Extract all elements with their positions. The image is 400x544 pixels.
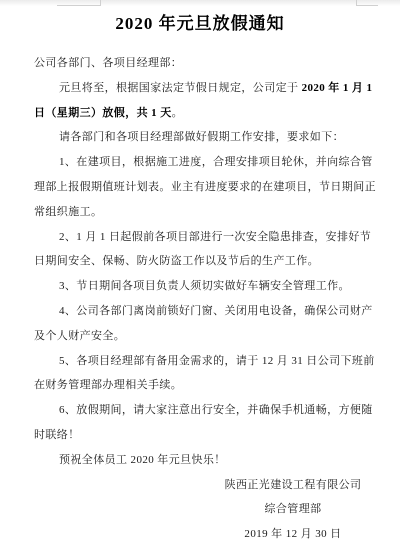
salutation: 公司各部门、各项目经理部： <box>34 51 366 76</box>
intro-line-2-tail: 。 <box>172 107 183 119</box>
item-1-line-2: 理部上报假期值班计划表。业主有进度要求的在建项目，节日期间正 <box>34 175 366 200</box>
item-6-line-1: 6、放假期间，请大家注意出行安全，并确保手机通畅，方便随 <box>34 398 366 423</box>
intro-line-1-bold: 2020 年 1 月 1 <box>302 82 373 94</box>
item-5-line-1: 5、各项目经理部有备用金需求的，请于 12 月 31 日公司下班前 <box>34 349 366 374</box>
signature-date: 2019 年 12 月 30 日 <box>213 522 373 544</box>
item-2-line-2: 日期间安全、保畅、防火防盗工作以及节后的生产工作。 <box>34 249 366 274</box>
signature-company: 陕西正光建设工程有限公司 <box>213 473 373 498</box>
intro-line-1: 元旦将至，根据国家法定节假日规定，公司定于 2020 年 1 月 1 <box>34 76 366 101</box>
intro-line-2: 日（星期三）放假，共 1 天。 <box>34 101 366 126</box>
signature-department: 综合管理部 <box>213 497 373 522</box>
notice-title: 2020 年元旦放假通知 <box>34 10 366 38</box>
item-1-line-1: 1、在建项目，根据施工进度，合理安排项目轮休，并向综合管 <box>34 150 366 175</box>
item-4-line-1: 4、公司各部门离岗前锁好门窗、关闭用电设备，确保公司财产 <box>34 299 366 324</box>
item-1-line-3: 常组织施工。 <box>34 200 366 225</box>
item-4-line-2: 及个人财产安全。 <box>34 324 366 349</box>
signature-block: 陕西正光建设工程有限公司 综合管理部 2019 年 12 月 30 日 <box>213 473 373 544</box>
intro-line-2-bold: 日（星期三）放假，共 1 天 <box>34 107 172 119</box>
intro-line-1-normal: 元旦将至，根据国家法定节假日规定，公司定于 <box>59 82 302 94</box>
notice-body: 2020 年元旦放假通知 公司各部门、各项目经理部： 元旦将至，根据国家法定节假… <box>34 0 366 544</box>
item-6-line-2: 时联络！ <box>34 423 366 448</box>
item-3-line-1: 3、节日期间各项目负责人须切实做好车辆安全管理工作。 <box>34 274 366 299</box>
document-page: 2020 年元旦放假通知 公司各部门、各项目经理部： 元旦将至，根据国家法定节假… <box>0 0 400 544</box>
request-line: 请各部门和各项目经理部做好假期工作安排，要求如下： <box>34 125 366 150</box>
item-2-line-1: 2、1 月 1 日起假前各项目部进行一次安全隐患排查，安排好节 <box>34 225 366 250</box>
wish-line: 预祝全体员工 2020 年元旦快乐！ <box>34 448 366 473</box>
item-5-line-2: 在财务管理部办理相关手续。 <box>34 373 366 398</box>
